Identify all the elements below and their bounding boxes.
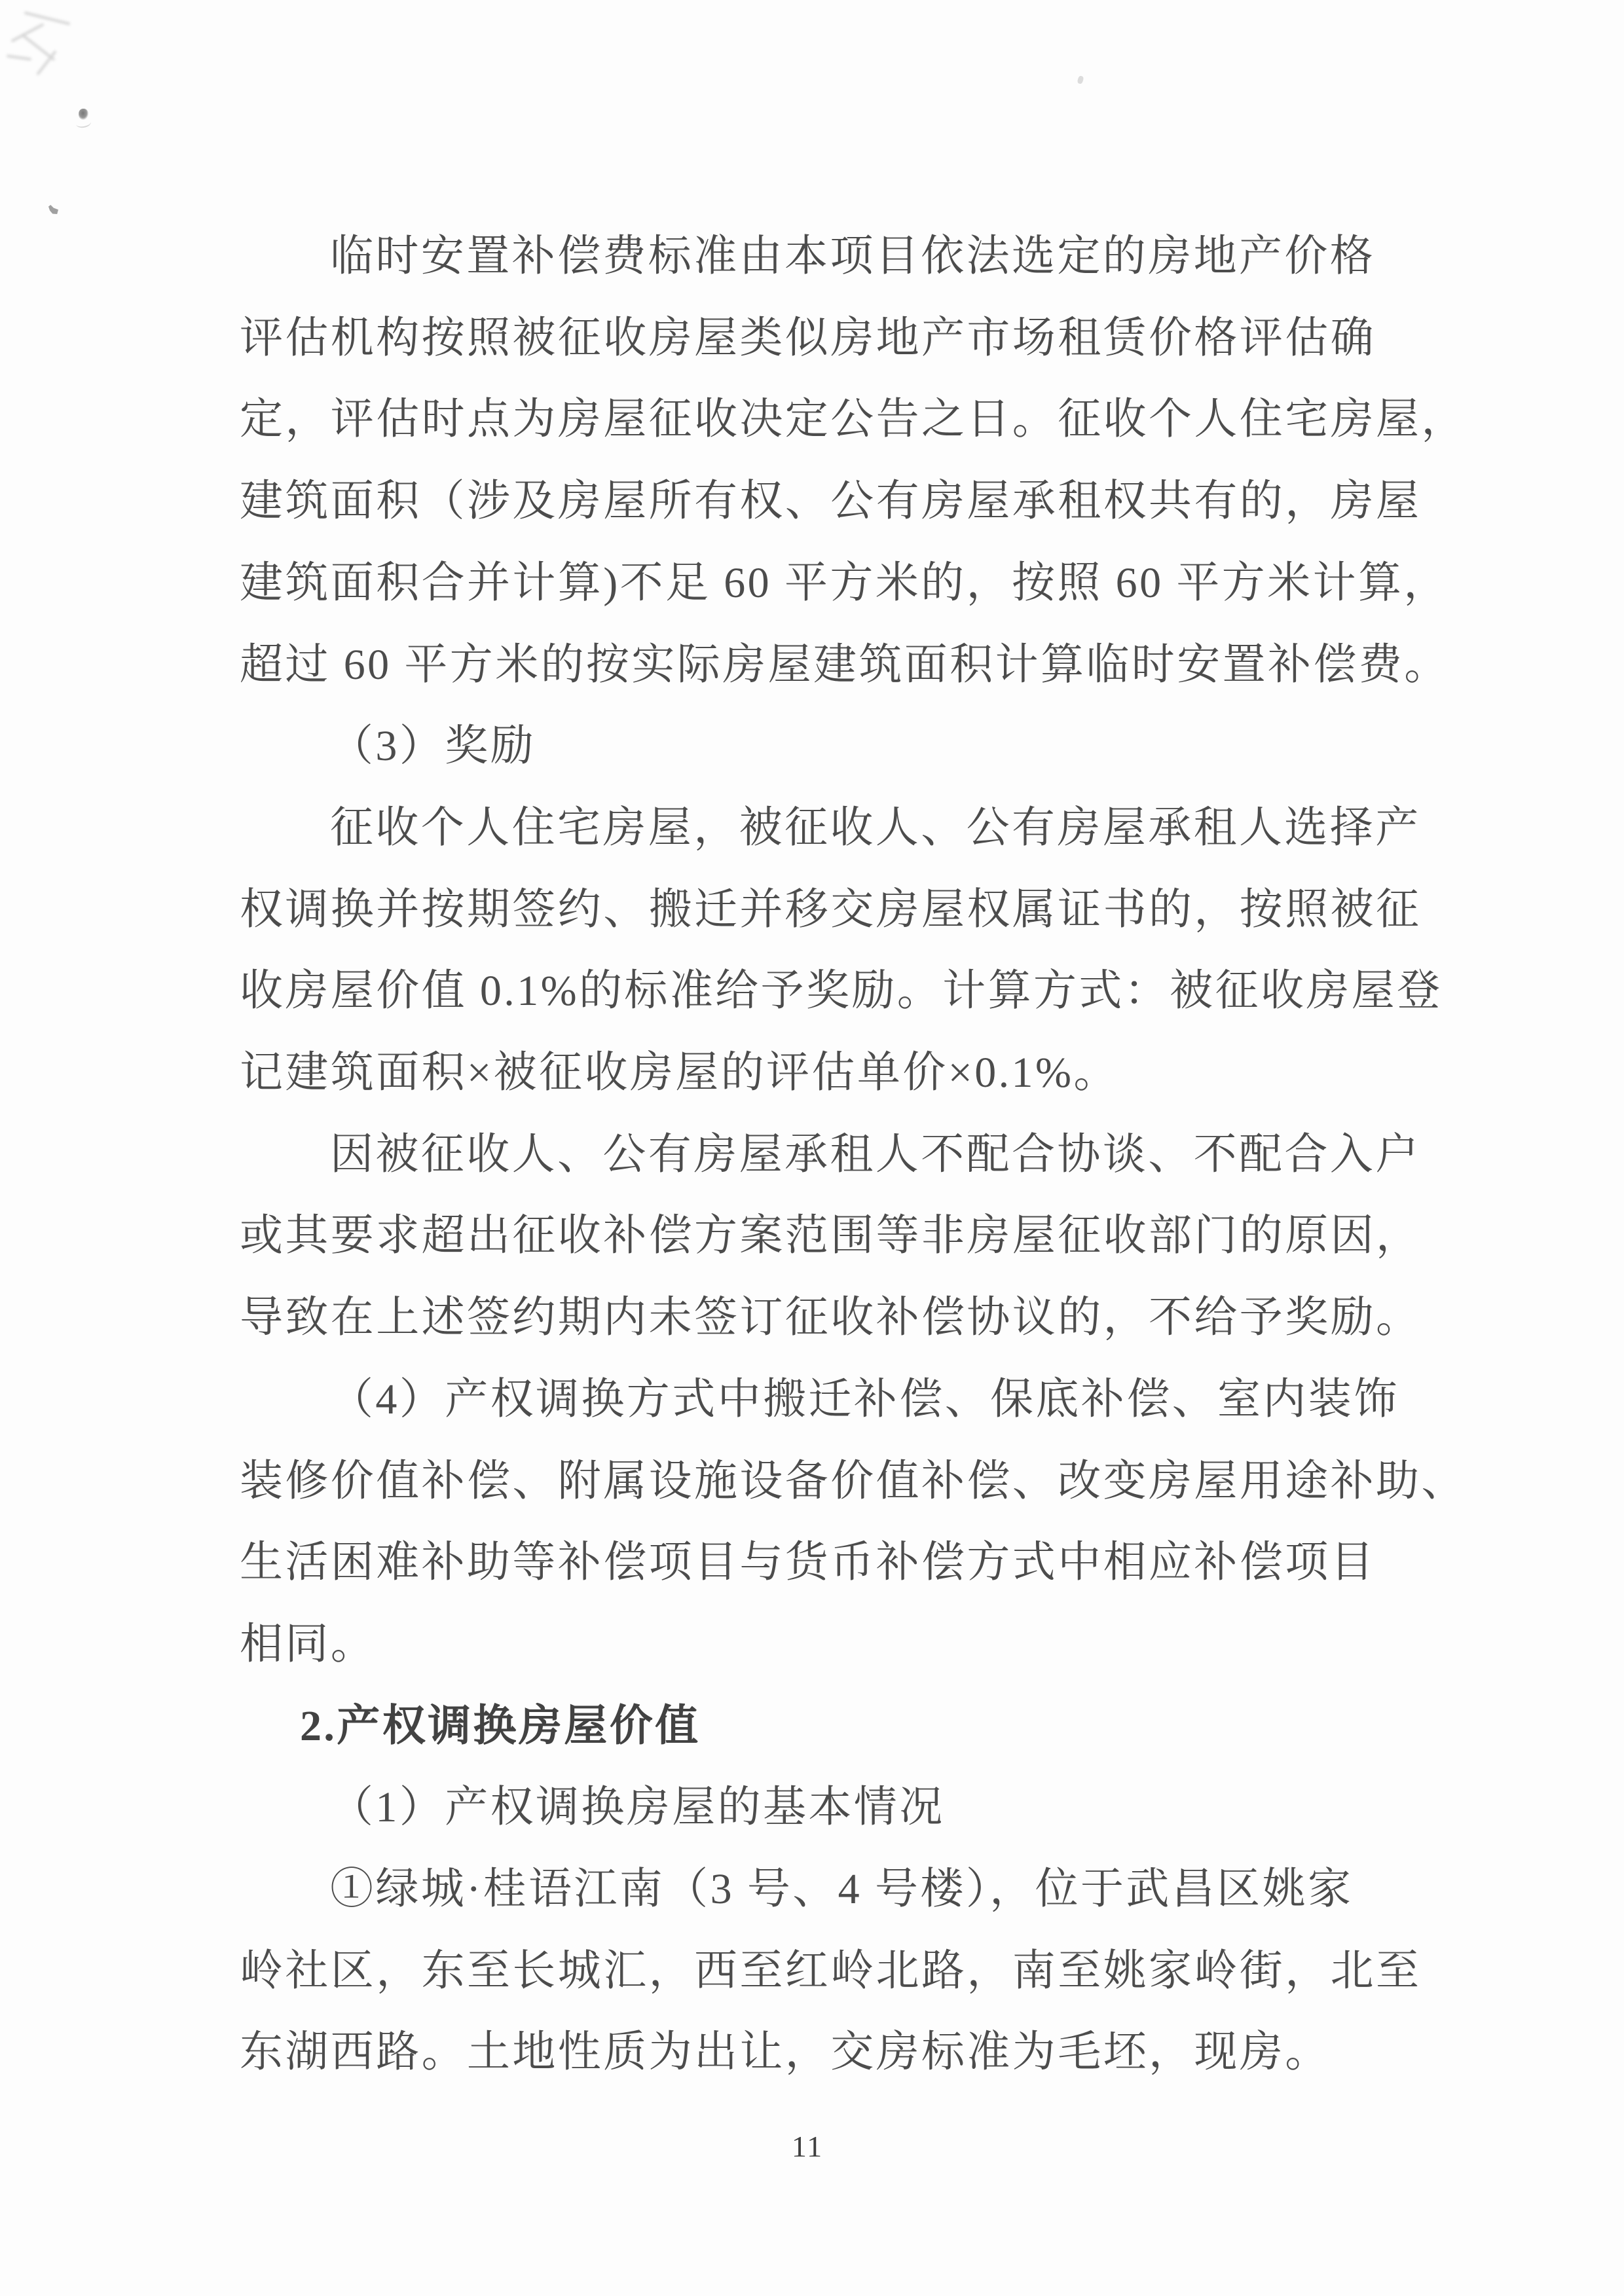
text-line-subheading: （1）产权调换房屋的基本情况 [240,1785,1502,1831]
text-line: 评估机构按照被征收房屋类似房地产市场租赁价格评估确 [240,316,1412,361]
text-line: 装修价值补偿、附属设施设备价值补偿、改变房屋用途补助、 [240,1459,1412,1504]
document-body: 临时安置补偿费标准由本项目依法选定的房地产价格 评估机构按照被征收房屋类似房地产… [0,0,1624,2296]
text-line: 导致在上述签约期内未签订征收补偿协议的，不给予奖励。 [240,1295,1412,1341]
text-line: 生活困难补助等补偿项目与货币补偿方式中相应补偿项目 [240,1540,1412,1586]
text-line-subheading: （4）产权调换方式中搬迁补偿、保底补偿、室内装饰 [240,1377,1502,1423]
text-line: 定，评估时点为房屋征收决定公告之日。征收个人住宅房屋， [240,397,1412,443]
text-line: 临时安置补偿费标准由本项目依法选定的房地产价格 [240,234,1502,280]
text-line: 记建筑面积×被征收房屋的评估单价×0.1%。 [240,1050,1412,1096]
text-line: 收房屋价值 0.1%的标准给予奖励。计算方式：被征收房屋登 [240,968,1412,1014]
text-line: 建筑面积（涉及房屋所有权、公有房屋承租权共有的，房屋 [240,479,1412,524]
text-line: 东湖西路。土地性质为出让，交房标准为毛坯，现房。 [240,2030,1412,2075]
text-line: 建筑面积合并计算)不足 60 平方米的，按照 60 平方米计算， [240,560,1412,606]
text-line: 岭社区，东至长城汇，西至红岭北路，南至姚家岭街，北至 [240,1948,1412,1994]
text-line: 或其要求超出征收补偿方案范围等非房屋征收部门的原因， [240,1213,1412,1259]
text-line: ①绿城·桂语江南（3 号、4 号楼），位于武昌区姚家 [240,1867,1502,1912]
text-line: 因被征收人、公有房屋承租人不配合协谈、不配合入户 [240,1132,1502,1178]
section-heading: 2.产权调换房屋价值 [240,1704,1472,1749]
text-line: 相同。 [240,1622,1412,1667]
page-number: 11 [0,2129,1615,2164]
text-line: 权调换并按期签约、搬迁并移交房屋权属证书的，按照被征 [240,887,1412,933]
text-line: 超过 60 平方米的按实际房屋建筑面积计算临时安置补偿费。 [240,642,1412,688]
document-page: 临时安置补偿费标准由本项目依法选定的房地产价格 评估机构按照被征收房屋类似房地产… [0,0,1624,2296]
text-line-subheading: （3）奖励 [240,723,1502,769]
text-line: 征收个人住宅房屋，被征收人、公有房屋承租人选择产 [240,805,1502,851]
